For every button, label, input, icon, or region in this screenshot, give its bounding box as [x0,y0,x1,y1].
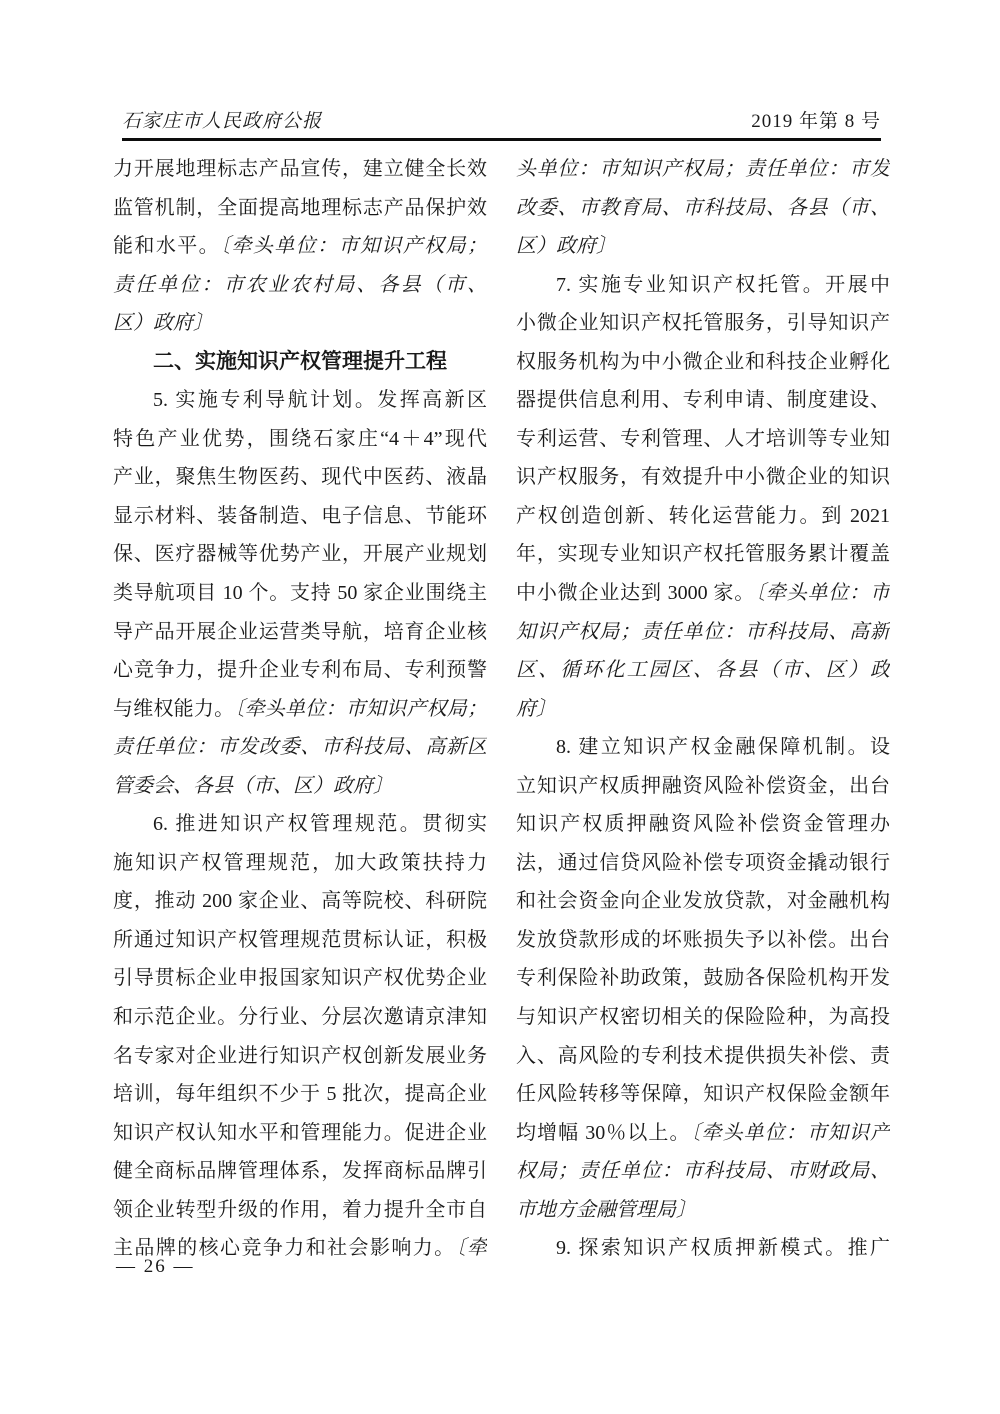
text-run: 5. 实施专利导航计划。发挥高新区 [153,389,487,411]
text-run: 引导贯标企业申报国家知识产权优势企业 [113,967,487,989]
text-run: 〔牵 [456,1237,487,1259]
text-run: 改委、市教育局、市科技局、各县（市、 [516,197,890,219]
text-run: 中小微企业达到 3000 家。 [516,582,755,604]
text-line: 知识产权局；责任单位：市科技局、高新 [516,613,890,652]
text-run: 专利运营、专利管理、人才培训等专业知 [516,428,890,450]
text-line: 类导航项目 10 个。支持 50 家企业围绕主 [113,574,487,613]
text-run: 力开展地理标志产品宣传，建立健全长效 [113,158,487,180]
text-run: 名专家对企业进行知识产权创新发展业务 [113,1045,487,1067]
text-line: 责任单位：市农业农村局、各县（市、 [113,266,487,305]
text-run: 区）政府〕 [113,312,213,334]
text-run: 入、高风险的专利技术提供损失补偿、责 [516,1045,890,1067]
text-line: 8. 建立知识产权金融保障机制。设 [516,728,890,767]
text-line: 能和水平。〔牵头单位：市知识产权局； [113,227,487,266]
gazette-page: 石家庄市人民政府公报 2019 年第 8 号 力开展地理标志产品宣传，建立健全长… [0,0,1000,1414]
text-run: 立知识产权质押融资风险补偿资金，出台 [516,775,890,797]
text-line: 专利运营、专利管理、人才培训等专业知 [516,420,890,459]
text-run: 能和水平。 [113,235,220,257]
text-line: 知识产权质押融资风险补偿资金管理办 [516,805,890,844]
text-run: 〔牵头单位：市知识产权局； [220,235,487,257]
text-line: 5. 实施专利导航计划。发挥高新区 [113,381,487,420]
text-line: 权局；责任单位：市科技局、市财政局、 [516,1152,890,1191]
text-line: 府〕 [516,690,890,729]
text-line: 导产品开展企业运营类导航，培育企业核 [113,613,487,652]
text-run: 9. 探索知识产权质押新模式。推广 [556,1237,890,1259]
text-line: 监管机制，全面提高地理标志产品保护效 [113,189,487,228]
text-run: 健全商标品牌管理体系，发挥商标品牌引 [113,1160,487,1182]
text-run: 管委会、各县（市、区）政府〕 [113,775,393,797]
text-line: 改委、市教育局、市科技局、各县（市、 [516,189,890,228]
text-line: 权服务机构为中小微企业和科技企业孵化 [516,343,890,382]
text-run: 〔牵头单位：市知识产权局； [234,698,487,720]
text-line: 任风险转移等保障，知识产权保险金额年 [516,1075,890,1114]
text-line: 责任单位：市发改委、市科技局、高新区 [113,728,487,767]
text-run: 和社会资金向企业发放贷款，对金融机构 [516,890,890,912]
text-line: 市地方金融管理局〕 [516,1191,890,1230]
text-line: 管委会、各县（市、区）政府〕 [113,767,487,806]
text-line: 引导贯标企业申报国家知识产权优势企业 [113,959,487,998]
text-run: 责任单位：市农业农村局、各县（市、 [113,274,487,296]
text-run: 〔牵头单位：市 [755,582,890,604]
text-run: 产权创造创新、转化运营能力。到 2021 [516,505,890,527]
page-header: 石家庄市人民政府公报 2019 年第 8 号 [122,108,881,136]
text-line: 力开展地理标志产品宣传，建立健全长效 [113,150,487,189]
text-line: 立知识产权质押融资风险补偿资金，出台 [516,767,890,806]
text-line: 专利保险补助政策，鼓励各保险机构开发 [516,959,890,998]
page-body: 力开展地理标志产品宣传，建立健全长效监管机制，全面提高地理标志产品保护效能和水平… [113,150,890,1268]
text-line: 识产权服务，有效提升中小微企业的知识 [516,458,890,497]
text-line: 心竞争力，提升企业专利布局、专利预警 [113,651,487,690]
text-line: 保、医疗器械等优势产业，开展产业规划 [113,535,487,574]
header-rule [122,138,881,141]
text-line: 中小微企业达到 3000 家。〔牵头单位：市 [516,574,890,613]
text-line: 区）政府〕 [113,304,487,343]
text-line: 产业，聚焦生物医药、现代中医药、液晶 [113,458,487,497]
page-number: — 26 — [116,1256,195,1278]
text-run: 小微企业知识产权托管服务，引导知识产 [516,312,890,334]
text-line: 二、实施知识产权管理提升工程 [113,343,487,382]
text-run: 知识产权认知水平和管理能力。促进企业 [113,1122,487,1144]
text-run: 器提供信息利用、专利申请、制度建设、 [516,389,890,411]
issue-number: 2019 年第 8 号 [751,108,881,136]
text-line: 与维权能力。〔牵头单位：市知识产权局； [113,690,487,729]
text-line: 度，推动 200 家企业、高等院校、科研院 [113,882,487,921]
text-line: 入、高风险的专利技术提供损失补偿、责 [516,1037,890,1076]
text-line: 与知识产权密切相关的保险险种，为高投 [516,998,890,1037]
text-run: 任风险转移等保障，知识产权保险金额年 [516,1083,890,1105]
text-run: 施知识产权管理规范，加大政策扶持力 [113,852,487,874]
text-run: 知识产权局；责任单位：市科技局、高新 [516,621,890,643]
text-line: 9. 探索知识产权质押新模式。推广 [516,1229,890,1268]
text-line: 小微企业知识产权托管服务，引导知识产 [516,304,890,343]
text-line: 发放贷款形成的坏账损失予以补偿。出台 [516,921,890,960]
text-run: 市地方金融管理局〕 [516,1199,696,1221]
text-line: 健全商标品牌管理体系，发挥商标品牌引 [113,1152,487,1191]
text-run: 8. 建立知识产权金融保障机制。设 [556,736,890,758]
text-run: 权服务机构为中小微企业和科技企业孵化 [516,351,890,373]
left-column: 力开展地理标志产品宣传，建立健全长效监管机制，全面提高地理标志产品保护效能和水平… [113,150,487,1268]
text-run: 专利保险补助政策，鼓励各保险机构开发 [516,967,890,989]
text-run: 导产品开展企业运营类导航，培育企业核 [113,621,487,643]
text-line: 领企业转型升级的作用，着力提升全市自 [113,1191,487,1230]
text-run: 识产权服务，有效提升中小微企业的知识 [516,466,890,488]
text-run: 均增幅 30％以上。 [516,1122,691,1144]
text-run: 监管机制，全面提高地理标志产品保护效 [113,197,487,219]
right-column: 头单位：市知识产权局；责任单位：市发改委、市教育局、市科技局、各县（市、区）政府… [516,150,890,1268]
text-run: 领企业转型升级的作用，着力提升全市自 [113,1199,487,1221]
text-line: 培训，每年组织不少于 5 批次，提高企业 [113,1075,487,1114]
text-run: 7. 实施专业知识产权托管。开展中 [556,274,890,296]
text-line: 所通过知识产权管理规范贯标认证，积极 [113,921,487,960]
text-line: 均增幅 30％以上。〔牵头单位：市知识产 [516,1114,890,1153]
text-run: 与维权能力。 [113,698,234,720]
gazette-title: 石家庄市人民政府公报 [122,108,322,136]
text-run: 权局；责任单位：市科技局、市财政局、 [516,1160,890,1182]
text-run: 心竞争力，提升企业专利布局、专利预警 [113,659,487,681]
text-line: 法，通过信贷风险补偿专项资金撬动银行 [516,844,890,883]
text-run: 培训，每年组织不少于 5 批次，提高企业 [113,1083,487,1105]
text-run: 二、实施知识产权管理提升工程 [153,350,447,373]
text-run: 类导航项目 10 个。支持 50 家企业围绕主 [113,582,487,604]
text-run: 保、医疗器械等优势产业，开展产业规划 [113,543,487,565]
text-line: 6. 推进知识产权管理规范。贯彻实 [113,805,487,844]
text-run: 显示材料、装备制造、电子信息、节能环 [113,505,487,527]
text-line: 特色产业优势，围绕石家庄“4＋4”现代 [113,420,487,459]
text-run: 发放贷款形成的坏账损失予以补偿。出台 [516,929,890,951]
text-run: 所通过知识产权管理规范贯标认证，积极 [113,929,487,951]
text-run: 年，实现专业知识产权托管服务累计覆盖 [516,543,890,565]
text-line: 产权创造创新、转化运营能力。到 2021 [516,497,890,536]
text-run: 与知识产权密切相关的保险险种，为高投 [516,1006,890,1028]
text-run: 责任单位：市发改委、市科技局、高新区 [113,736,487,758]
text-run: 区）政府〕 [516,235,616,257]
text-line: 施知识产权管理规范，加大政策扶持力 [113,844,487,883]
text-line: 和社会资金向企业发放贷款，对金融机构 [516,882,890,921]
text-run: 府〕 [516,698,556,720]
text-line: 区、循环化工园区、各县（市、区）政 [516,651,890,690]
text-line: 7. 实施专业知识产权托管。开展中 [516,266,890,305]
text-line: 显示材料、装备制造、电子信息、节能环 [113,497,487,536]
text-run: 法，通过信贷风险补偿专项资金撬动银行 [516,852,890,874]
text-line: 区）政府〕 [516,227,890,266]
text-run: 度，推动 200 家企业、高等院校、科研院 [113,890,487,912]
text-run: 〔牵头单位：市知识产 [691,1122,891,1144]
text-run: 区、循环化工园区、各县（市、区）政 [516,659,890,681]
text-line: 头单位：市知识产权局；责任单位：市发 [516,150,890,189]
text-line: 年，实现专业知识产权托管服务累计覆盖 [516,535,890,574]
text-run: 头单位：市知识产权局；责任单位：市发 [516,158,890,180]
text-run: 和示范企业。分行业、分层次邀请京津知 [113,1006,487,1028]
text-line: 知识产权认知水平和管理能力。促进企业 [113,1114,487,1153]
text-run: 特色产业优势，围绕石家庄“4＋4”现代 [113,428,487,450]
text-run: 6. 推进知识产权管理规范。贯彻实 [153,813,487,835]
text-run: 产业，聚焦生物医药、现代中医药、液晶 [113,466,487,488]
text-line: 名专家对企业进行知识产权创新发展业务 [113,1037,487,1076]
text-line: 器提供信息利用、专利申请、制度建设、 [516,381,890,420]
text-line: 和示范企业。分行业、分层次邀请京津知 [113,998,487,1037]
text-run: 知识产权质押融资风险补偿资金管理办 [516,813,890,835]
